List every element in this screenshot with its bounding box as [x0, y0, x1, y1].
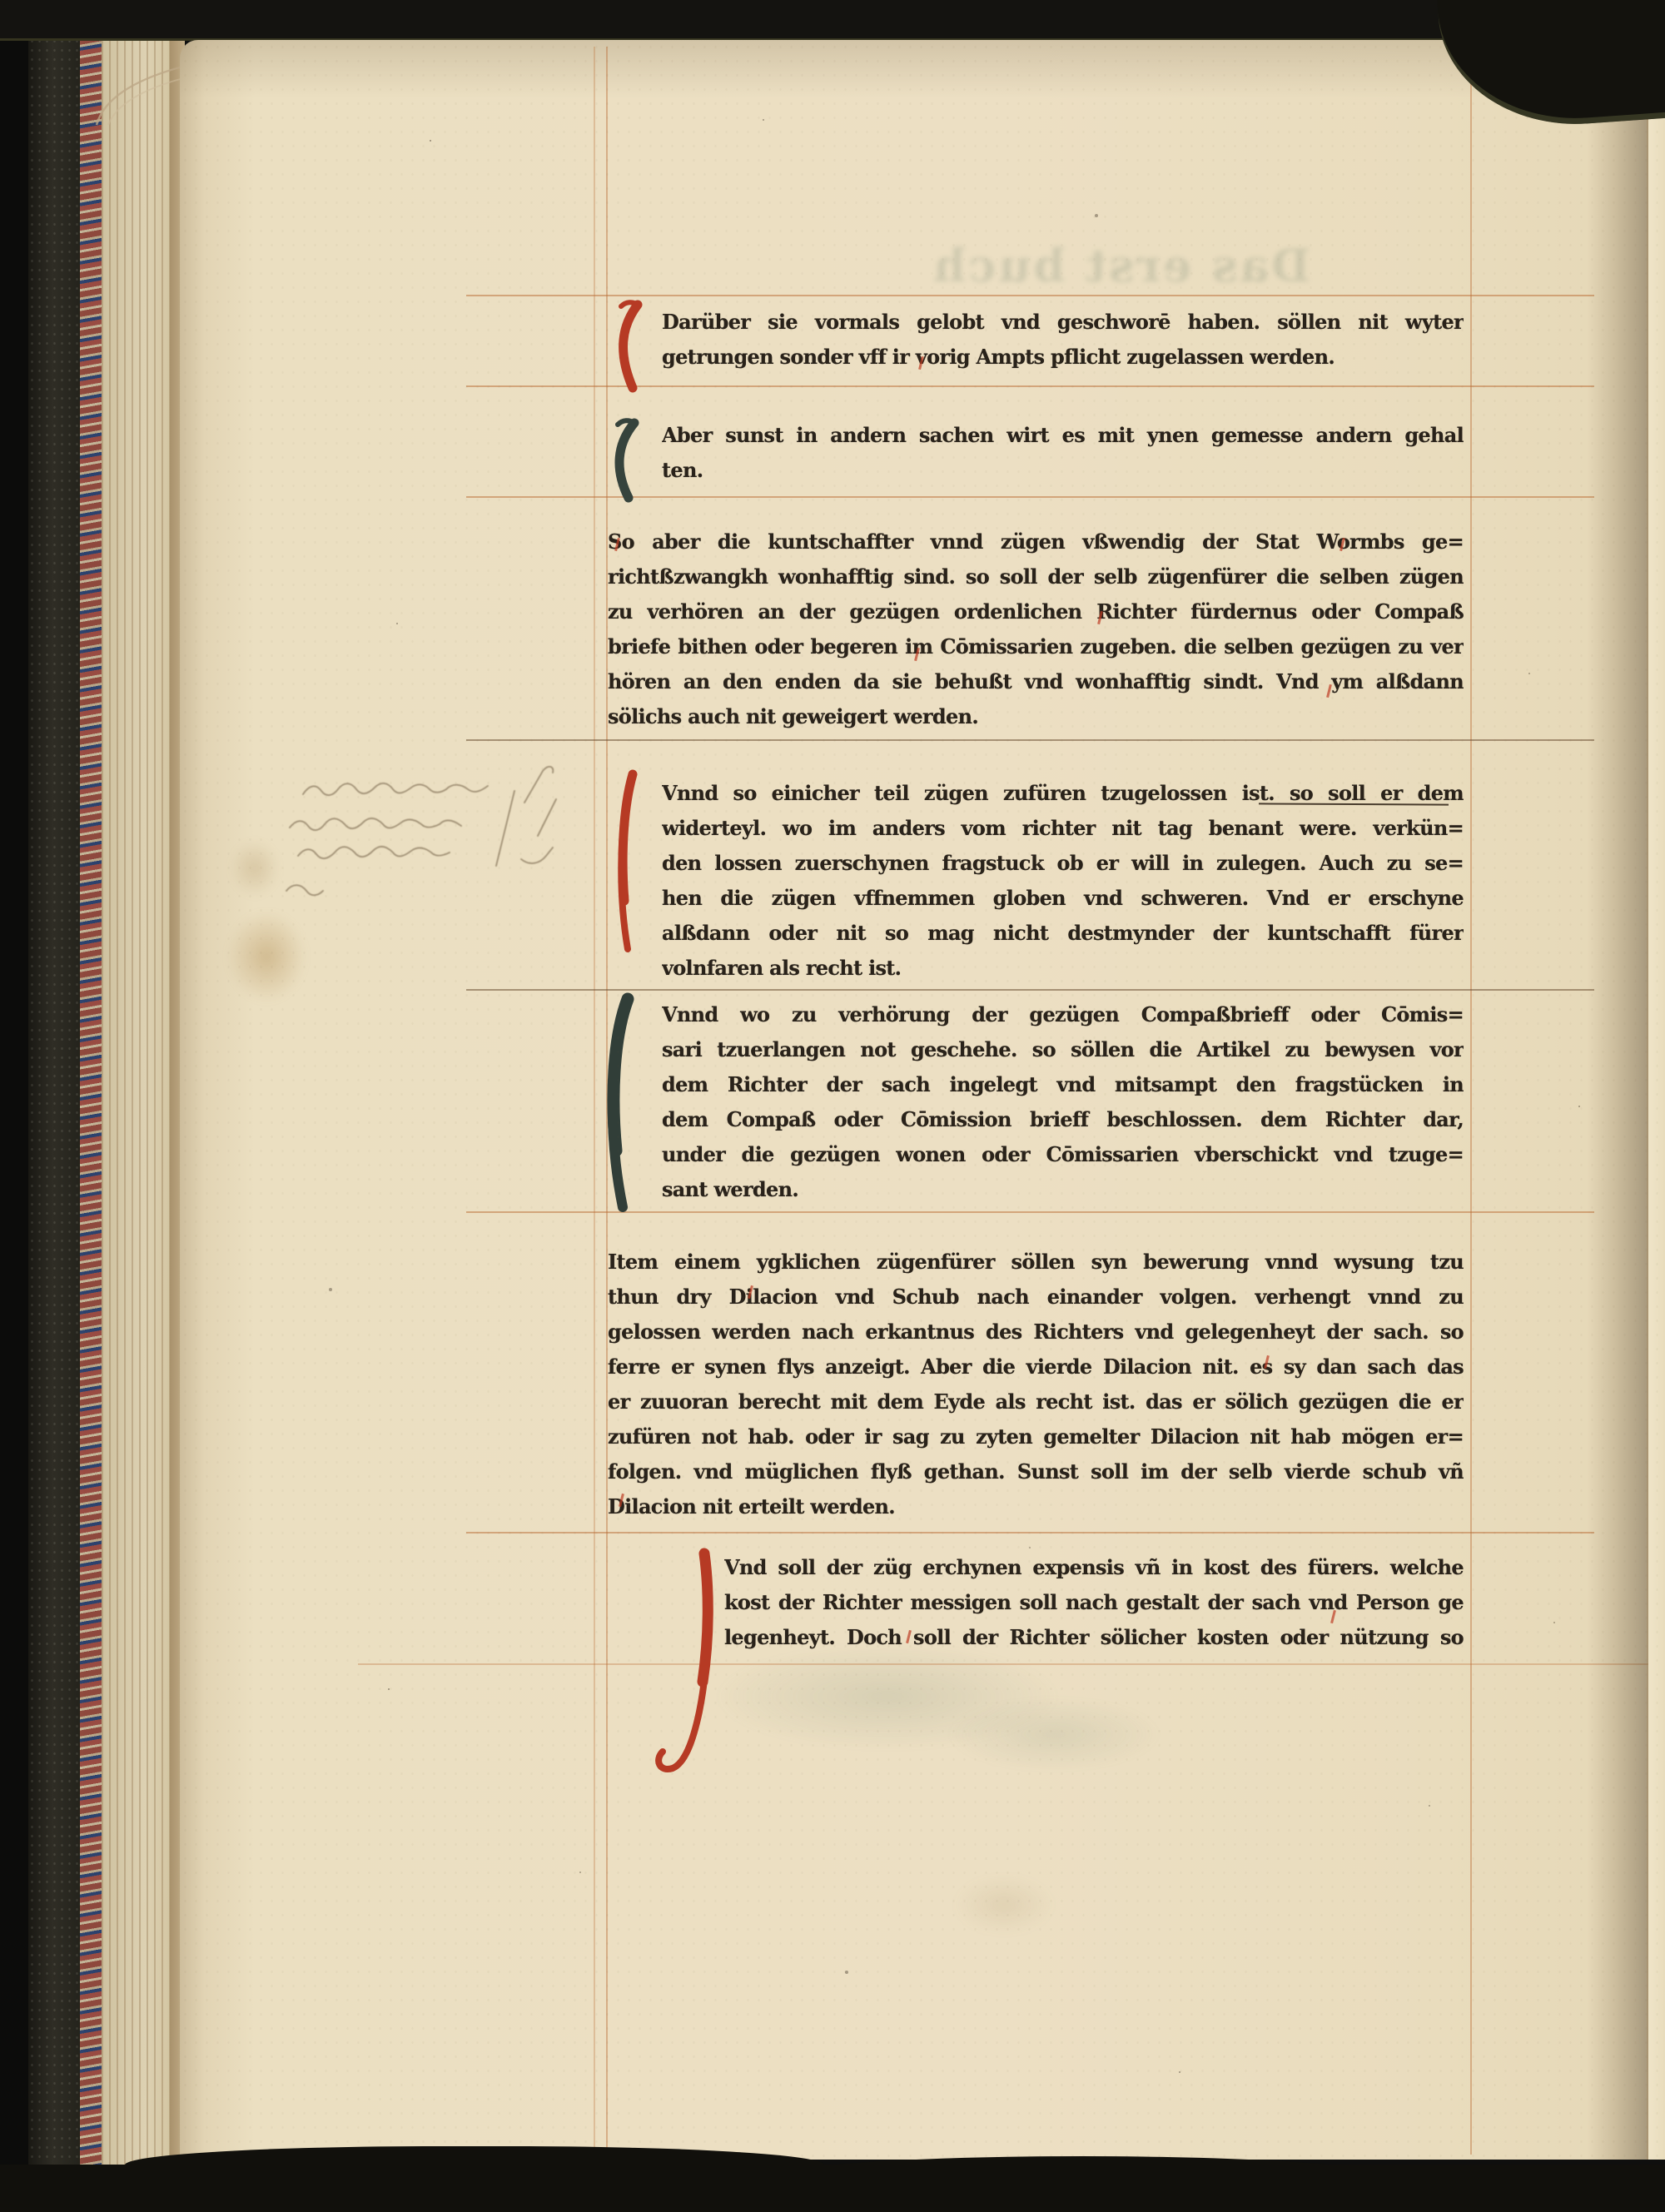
text-line: getrungen sonder vff ir vorig Ampts pfli…	[662, 340, 1464, 375]
text-line: thun dry Dilacion vnd Schub nach einande…	[608, 1280, 1464, 1315]
text-line: hen die zügen vffnemmen globen vnd schwe…	[662, 881, 1464, 916]
text-line: kost der Richter messigen soll nach gest…	[724, 1585, 1464, 1620]
foxing-stain	[230, 839, 280, 897]
text-line: sari tzuerlangen not geschehe. so söllen…	[662, 1032, 1464, 1067]
text-line: ten.	[662, 453, 1464, 488]
text-line: zu verhören an der gezügen ordenlichen R…	[608, 594, 1464, 629]
text-line: er zuuoran berecht mit dem Eyde als rech…	[608, 1384, 1464, 1419]
ruled-line-horizontal	[358, 1663, 1653, 1665]
text-line: Vnnd so einicher teil zügen zufüren tzug…	[662, 776, 1464, 811]
text-line: Dilacion nit erteilt werden.	[608, 1489, 1464, 1524]
red-pilcrow-icon	[609, 298, 646, 395]
paragraph: Darüber sie vormals gelobt vnd geschworē…	[662, 305, 1464, 375]
text-line: dem Compaß oder Cōmission brieff beschlo…	[662, 1102, 1464, 1137]
paragraph: Vnd soll der züg erchynen expensis vñ in…	[724, 1550, 1464, 1655]
paragraph: Vnnd so einicher teil zügen zufüren tzug…	[662, 776, 1464, 986]
dark-paraph-icon	[603, 992, 638, 1214]
text-line: dem Richter der sach ingelegt vnd mitsam…	[662, 1067, 1464, 1102]
marginal-note	[278, 766, 578, 924]
foxing-stain	[954, 1876, 1054, 1934]
text-line: Darüber sie vormals gelobt vnd geschworē…	[662, 305, 1464, 340]
paragraph: So aber die kuntschaffter vnnd zügen vßw…	[608, 524, 1464, 734]
ruled-line-horizontal	[466, 989, 1594, 991]
text-line: legenheyt. Doch soll der Richter söliche…	[724, 1620, 1464, 1655]
paper-specks	[430, 140, 431, 142]
text-line: den lossen zuerschynen fragstuck ob er w…	[662, 846, 1464, 881]
text-line: sant werden.	[662, 1172, 1464, 1207]
show-through-smudge	[946, 1697, 1162, 1772]
ruled-line-horizontal	[466, 1532, 1594, 1533]
text-line: volnfaren als recht ist.	[662, 951, 1464, 986]
text-line: Item einem ygklichen zügenfürer söllen s…	[608, 1245, 1464, 1280]
text-line: Vnnd wo zu verhörung der gezügen Compaßb…	[662, 997, 1464, 1032]
paragraph: Item einem ygklichen zügenfürer söllen s…	[608, 1245, 1464, 1524]
text-line: Vnd soll der züg erchynen expensis vñ in…	[724, 1550, 1464, 1585]
text-line: richtßzwangkh wonhafftig sind. so soll d…	[608, 559, 1464, 594]
text-line: alßdann oder nit so mag nicht destmynder…	[662, 916, 1464, 951]
text-line: folgen. vnd müglichen flyß gethan. Sunst…	[608, 1454, 1464, 1489]
page-block-edges	[102, 25, 175, 2212]
ruled-line-horizontal	[466, 739, 1594, 741]
page-curl-shadow	[1587, 40, 1647, 2160]
text-line: hören an den enden da sie behußt vnd won…	[608, 664, 1464, 699]
ruled-line-horizontal	[466, 295, 1594, 296]
text-line: briefe bithen oder begeren im Cōmissarie…	[608, 629, 1464, 664]
ruled-line-vertical	[1470, 47, 1472, 2155]
text-line: zufüren not hab. oder ir sag zu zyten ge…	[608, 1419, 1464, 1454]
text-line: ferre er synen flys anzeigt. Aber die vi…	[608, 1350, 1464, 1384]
show-through-heading: Das erst buch	[931, 239, 1310, 292]
text-line: sölichs auch nit geweigert werden.	[608, 699, 1464, 734]
ruled-line-vertical	[594, 47, 595, 2155]
book-cover-edge	[0, 0, 30, 2212]
text-line: under die gezügen wonen oder Cōmissarien…	[662, 1137, 1464, 1172]
underlying-page-edge	[1648, 40, 1665, 2160]
text-line: gelossen werden nach erkantnus des Richt…	[608, 1315, 1464, 1350]
leather-cover	[28, 0, 83, 2212]
book-page: Das erst buch	[180, 40, 1665, 2160]
text-line: Aber sunst in andern sachen wirt es mit …	[662, 418, 1464, 453]
book-cover-bottom	[0, 2165, 1665, 2212]
foxing-stain	[226, 911, 306, 1002]
paragraph: Vnnd wo zu verhörung der gezügen Compaßb…	[662, 997, 1464, 1207]
text-line: So aber die kuntschaffter vnnd zügen vßw…	[608, 524, 1464, 559]
dark-pilcrow-icon	[606, 416, 643, 505]
red-paraph-icon	[613, 768, 641, 956]
text-line: widerteyl. wo im anders vom richter nit …	[662, 811, 1464, 846]
paragraph: Aber sunst in andern sachen wirt es mit …	[662, 418, 1464, 488]
